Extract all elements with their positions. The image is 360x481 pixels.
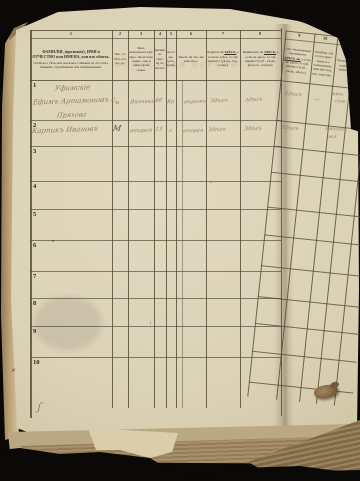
handwriting-entry: Здѣсь <box>243 126 262 133</box>
header-cell: Знаетъ ли чте- ніе или нѣтъ. <box>177 39 205 79</box>
handwriting-entry: здѣсь <box>244 97 262 104</box>
grid-hline <box>267 207 360 219</box>
grid-hline <box>274 146 360 158</box>
header-text: Знаетъ ли чте- ніе или нѣтъ. <box>177 55 205 64</box>
header-cell: Гдѣ объявляемый проживаетъ: ЗДѢСЬ ли, а … <box>282 41 313 82</box>
handwriting-entry: вторая <box>129 128 152 135</box>
row-number: 6 <box>33 242 36 249</box>
handwriting-entry: Здѣсь <box>280 125 299 132</box>
handwriting-entry: — <box>313 96 321 103</box>
grid-vline <box>299 36 338 402</box>
grid-vline <box>30 30 32 418</box>
header-title: ФАМИЛІЯ, (прозваніе), ИМЯ и ОТЧЕСТВО или… <box>31 49 111 59</box>
grid-hline-row <box>30 120 281 121</box>
row-number: 5 <box>33 211 36 218</box>
row-number: 4 <box>33 183 36 190</box>
handwriting-entry: Здѣсь <box>207 127 226 134</box>
grid-hline <box>261 265 360 277</box>
handwriting-entry: Ефимъ Артамоновъ с. <box>32 96 118 107</box>
column-number: 2 <box>114 31 126 36</box>
header-cell: ФАМИЛІЯ, (прозваніе), ИМЯ и ОТЧЕСТВО или… <box>31 39 111 79</box>
grid-vline <box>128 30 129 408</box>
bottom-flourish-mark: ʃ <box>37 402 42 413</box>
grid-hline-row <box>30 146 281 147</box>
ink-speck <box>52 240 54 242</box>
column-number: 9 <box>293 32 305 38</box>
header-cell: Холостъ, же- натъ, вдовъ. <box>167 39 175 79</box>
grid-hline-row <box>30 357 281 358</box>
row-number: 10 <box>33 359 40 366</box>
grid-vline <box>176 30 177 408</box>
handwriting-entry: Здѣсь <box>209 98 228 105</box>
grid-vline <box>154 30 155 408</box>
grid-vline <box>240 30 241 408</box>
header-text-part: ЗДѢСЬ, <box>224 50 236 54</box>
handwriting-entry: Вязники <box>129 99 155 106</box>
header-text: Чис- ло лѣтъ отъ ро- ду. <box>113 52 127 65</box>
handwriting-entry: м <box>114 100 119 106</box>
header-text: Холостъ, же- натъ, вдовъ. <box>167 50 175 68</box>
handwriting-entry: 13 <box>154 127 162 133</box>
grid-hline-row <box>30 326 281 327</box>
row-number: 7 <box>33 273 36 280</box>
column-number: 7 <box>217 31 229 36</box>
grid-hline-row <box>30 181 281 182</box>
row-number: 3 <box>33 148 36 155</box>
handwriting-entry: жд. <box>327 135 338 141</box>
handwriting-entry: Карпикъ Ивановъ <box>31 125 98 135</box>
handwriting-entry: вмѣ- <box>332 92 345 98</box>
handwriting-entry: Здѣсь <box>283 91 302 98</box>
handwriting-entry: Пряхова <box>56 110 87 119</box>
handwriting-entry: М <box>112 124 122 133</box>
grid-hline-headerbottom <box>30 80 281 81</box>
handwriting-entry: стѣ <box>334 99 346 105</box>
column-number: 8 <box>254 31 266 36</box>
handwriting-entry: Уфимскіе <box>54 83 91 92</box>
grid-vline <box>276 34 315 400</box>
column-number: 6 <box>185 31 197 36</box>
grid-vline <box>166 30 167 408</box>
row-number: 9 <box>33 328 36 335</box>
ink-speck <box>210 182 212 183</box>
column-number: 10 <box>319 35 331 41</box>
header-cell: Какимъ по спис- ку за- писанъ. <box>155 39 165 79</box>
header-cell: Родился ли ЗДѢСЬ, а если не здѣсь, то гд… <box>207 39 239 79</box>
header-cell: Отмѣтка объ отсутствую- щихъ и о заявлен… <box>311 44 336 84</box>
column-number: 5 <box>165 31 177 36</box>
header-text-part: Родился ли <box>207 50 224 54</box>
handwriting-entry: г <box>168 128 172 134</box>
grid-vline <box>112 30 113 408</box>
header-cell: Какъ именовался при пере- писи глава сем… <box>129 39 153 79</box>
column-number: 1 <box>65 31 77 36</box>
grid-hline-row <box>30 271 281 272</box>
grid-hline-row <box>30 209 281 210</box>
grid-hline <box>264 234 360 246</box>
header-text: Гдѣ объявляемый проживаетъ: ЗДѢСЬ ли, а … <box>282 46 312 75</box>
header-text-part: Приписанъ ли <box>243 50 264 54</box>
grid-hline-row <box>30 298 281 299</box>
row-number: 1 <box>33 82 36 89</box>
handwriting-entry: вторая <box>182 128 203 135</box>
header-text: Родился ли ЗДѢСЬ, а если не здѣсь, то гд… <box>207 50 239 68</box>
handwriting-entry: Кр <box>166 99 174 105</box>
grid-hline-row <box>30 240 281 241</box>
header-text: Какимъ по спис- ку за- писанъ. <box>155 48 165 70</box>
handwriting-entry: 46 <box>154 98 162 104</box>
grid-hline <box>271 172 360 184</box>
row-number: 8 <box>33 300 36 307</box>
header-text: Какъ именовался при пере- писи глава сем… <box>129 46 153 73</box>
margin-cross-mark: × <box>10 367 16 374</box>
header-cell: Чис- ло лѣтъ отъ ро- ду. <box>113 39 127 79</box>
column-number: 3 <box>135 31 147 36</box>
header-note: Отмѣтка о тѣхъ, кои оказались слѣпыми на… <box>31 61 111 70</box>
ink-speck <box>150 322 151 324</box>
grid-vline <box>206 30 207 408</box>
header-text: Отмѣтка объ отсутствую- щихъ и о заявлен… <box>311 49 335 78</box>
document-photo: ВОЛОСТНАЯ ПЕРЕПИСЬ 12345678ФАМИЛІЯ, (про… <box>0 0 360 481</box>
handwriting-entry: вѣритъ <box>183 99 206 106</box>
